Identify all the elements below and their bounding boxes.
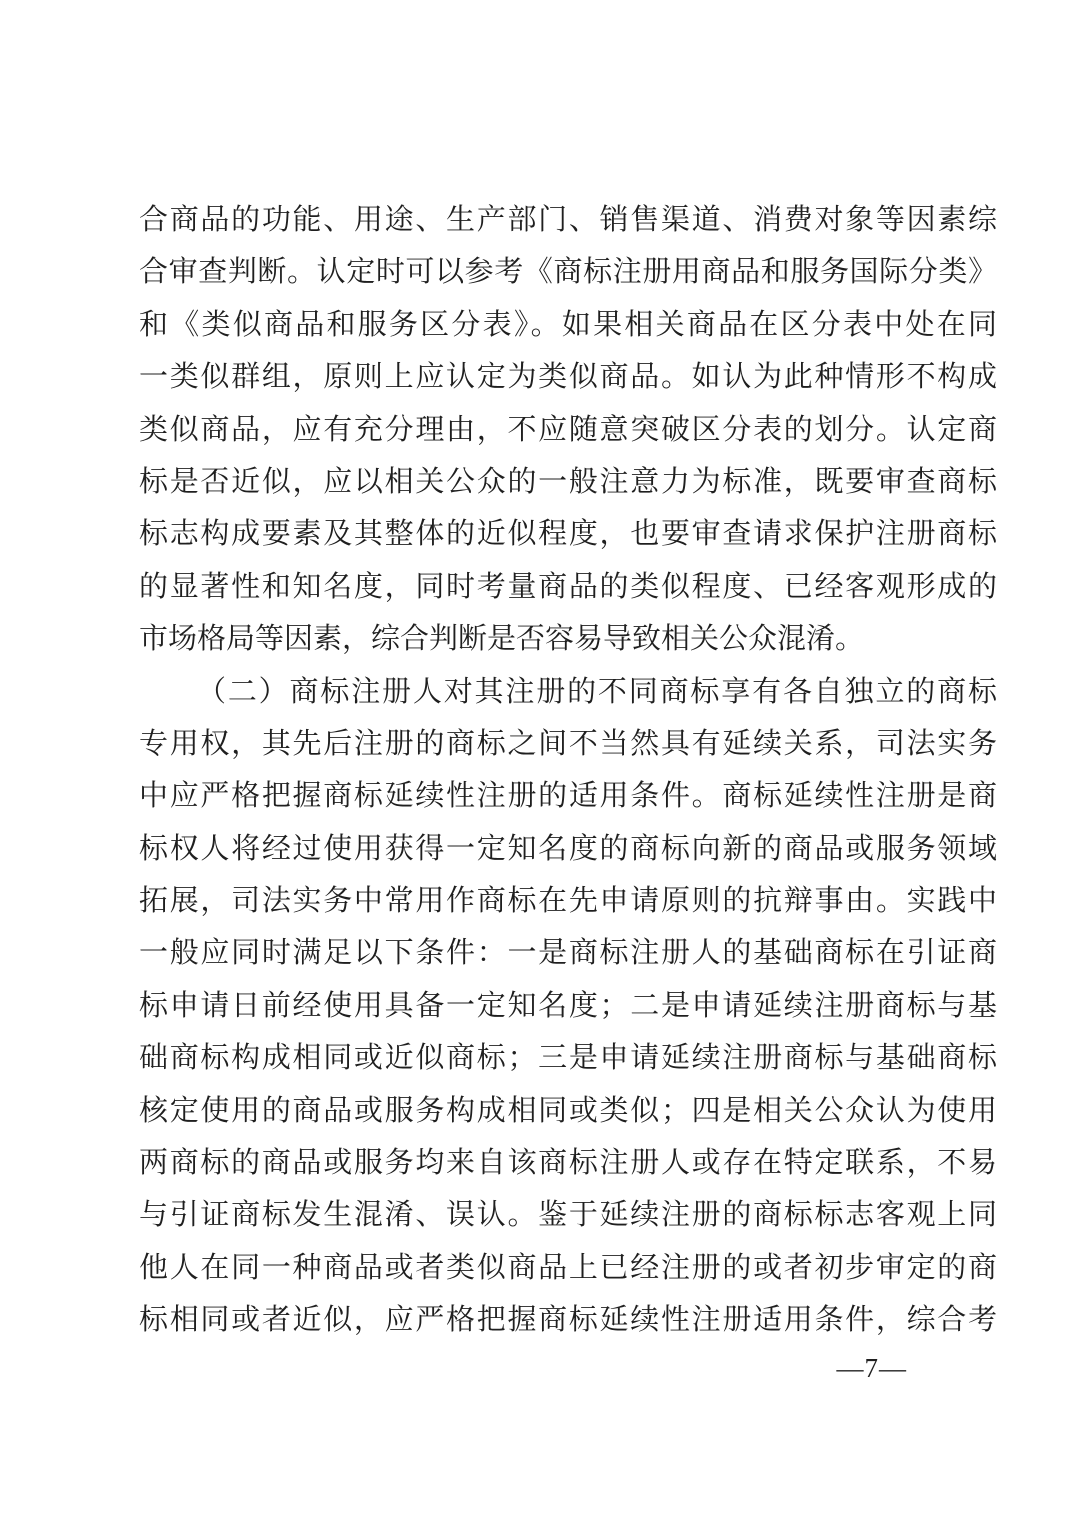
text-line: 与引证商标发生混淆、误认。鉴于延续注册的商标标志客观上同 bbox=[139, 1189, 997, 1241]
text-line: 两商标的商品或服务均来自该商标注册人或存在特定联系，不易 bbox=[139, 1137, 997, 1189]
text-line: 一类似群组，原则上应认定为类似商品。如认为此种情形不构成 bbox=[139, 351, 997, 403]
text-line: 类似商品，应有充分理由，不应随意突破区分表的划分。认定商 bbox=[139, 404, 997, 456]
document-page: 合商品的功能、用途、生产部门、销售渠道、消费对象等因素综合审查判断。认定时可以参… bbox=[0, 0, 1074, 1520]
text-line: 标志构成要素及其整体的近似程度，也要审查请求保护注册商标 bbox=[139, 508, 997, 560]
text-line: 标权人将经过使用获得一定知名度的商标向新的商品或服务领域 bbox=[139, 823, 997, 875]
text-line: 标相同或者近似，应严格把握商标延续性注册适用条件，综合考 bbox=[139, 1294, 997, 1346]
text-line: 中应严格把握商标延续性注册的适用条件。商标延续性注册是商 bbox=[139, 770, 997, 822]
text-line: （二）商标注册人对其注册的不同商标享有各自独立的商标 bbox=[139, 666, 997, 718]
text-line: 市场格局等因素，综合判断是否容易导致相关公众混淆。 bbox=[139, 613, 997, 665]
text-line: 和《类似商品和服务区分表》。如果相关商品在区分表中处在同 bbox=[139, 299, 997, 351]
text-line: 一般应同时满足以下条件：一是商标注册人的基础商标在引证商 bbox=[139, 927, 997, 979]
text-line: 拓展，司法实务中常用作商标在先申请原则的抗辩事由。实践中 bbox=[139, 875, 997, 927]
text-line: 标是否近似，应以相关公众的一般注意力为标准，既要审查商标 bbox=[139, 456, 997, 508]
text-line: 合审查判断。认定时可以参考《商标注册用商品和服务国际分类》 bbox=[139, 246, 997, 298]
text-line: 专用权，其先后注册的商标之间不当然具有延续关系，司法实务 bbox=[139, 718, 997, 770]
page-number: —7— bbox=[837, 1352, 908, 1384]
text-line: 合商品的功能、用途、生产部门、销售渠道、消费对象等因素综 bbox=[139, 194, 997, 246]
text-block: 合商品的功能、用途、生产部门、销售渠道、消费对象等因素综合审查判断。认定时可以参… bbox=[139, 194, 997, 1347]
text-line: 础商标构成相同或近似商标；三是申请延续注册商标与基础商标 bbox=[139, 1032, 997, 1084]
text-line: 的显著性和知名度，同时考量商品的类似程度、已经客观形成的 bbox=[139, 561, 997, 613]
text-line: 他人在同一种商品或者类似商品上已经注册的或者初步审定的商 bbox=[139, 1242, 997, 1294]
text-line: 标申请日前经使用具备一定知名度；二是申请延续注册商标与基 bbox=[139, 980, 997, 1032]
text-line: 核定使用的商品或服务构成相同或类似；四是相关公众认为使用 bbox=[139, 1085, 997, 1137]
